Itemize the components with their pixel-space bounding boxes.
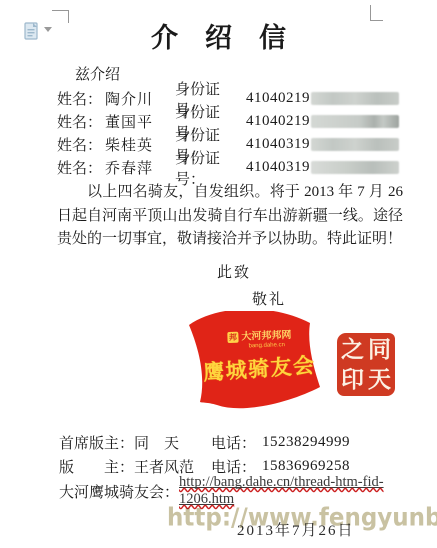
flag-brand-block: 邦 大河邦邦网 bang.dahe.cn (227, 330, 292, 350)
seal-char: 之 (341, 338, 364, 361)
closing-jingli: 敬礼 (252, 288, 286, 309)
contact-row: 首席版主： 同 天 电话： 15238294999 (59, 430, 419, 454)
site-watermark: http://www.fengyunbike.com (167, 504, 437, 532)
flag-brand-site: bang.dahe.cn (248, 342, 285, 349)
id-number-redacted (311, 92, 399, 105)
letter-title: 介绍信 (0, 16, 437, 55)
club-forum-url[interactable]: http://bang.dahe.cn/thread-htm-fid-1206.… (179, 474, 384, 507)
seal-char: 同 (368, 338, 391, 361)
dahe-logo-icon: 邦 (227, 332, 238, 343)
phone-number: 15238294999 (262, 434, 350, 451)
name-label: 姓名： (57, 157, 105, 178)
club-flag-logo: 邦 大河邦邦网 bang.dahe.cn 鹰城骑友会 (177, 311, 337, 415)
club-forum-link[interactable]: http://bang.dahe.cn/thread-htm-fid-1206.… (179, 474, 419, 508)
name-label: 姓名： (57, 88, 105, 109)
person-name: 陶介川 (105, 88, 175, 109)
people-list: 姓名： 陶介川 身份证号： 41040219 姓名： 董国平 身份证号： 410… (57, 87, 417, 179)
id-number-prefix: 41040319 (246, 159, 310, 176)
contact-role: 首席版主： (59, 432, 134, 453)
closing-cizhi: 此致 (217, 261, 251, 282)
contact-name: 同 天 (134, 432, 211, 453)
intro-line: 兹介绍 (75, 63, 120, 84)
name-label: 姓名： (57, 134, 105, 155)
red-seal-stamp: 之 同 印 天 (337, 333, 395, 396)
contact-role: 版 主： (59, 456, 134, 477)
id-number-prefix: 41040219 (246, 113, 310, 130)
document-page: 介绍信 兹介绍 姓名： 陶介川 身份证号： 41040219 姓名： 董国平 身… (0, 0, 437, 548)
id-number-redacted (311, 138, 399, 151)
club-link-row: 大河鹰城骑友会： http://bang.dahe.cn/thread-htm-… (59, 479, 419, 503)
club-link-label: 大河鹰城骑友会： (59, 481, 179, 502)
id-number-prefix: 41040319 (246, 136, 310, 153)
seal-char: 天 (368, 368, 391, 391)
person-name: 柴桂英 (105, 134, 175, 155)
seal-char: 印 (341, 368, 364, 391)
phone-label: 电话： (211, 432, 256, 453)
name-label: 姓名： (57, 111, 105, 132)
person-name: 董国平 (105, 111, 175, 132)
id-number-prefix: 41040219 (246, 90, 310, 107)
flag-brand-name: 大河邦邦网 (241, 330, 291, 342)
person-name: 乔春萍 (105, 157, 175, 178)
letter-body: 以上四名骑友，自发组织。将于 2013 年 7 月 26 日起自河南平顶山出发骑… (57, 181, 403, 252)
person-row: 姓名： 乔春萍 身份证号： 41040319 (57, 156, 417, 179)
contact-block: 首席版主： 同 天 电话： 15238294999 版 主： 王者风范 电话： … (59, 430, 419, 503)
phone-number: 15836969258 (262, 458, 350, 475)
id-number-redacted (311, 161, 399, 174)
id-number-redacted (311, 115, 399, 128)
